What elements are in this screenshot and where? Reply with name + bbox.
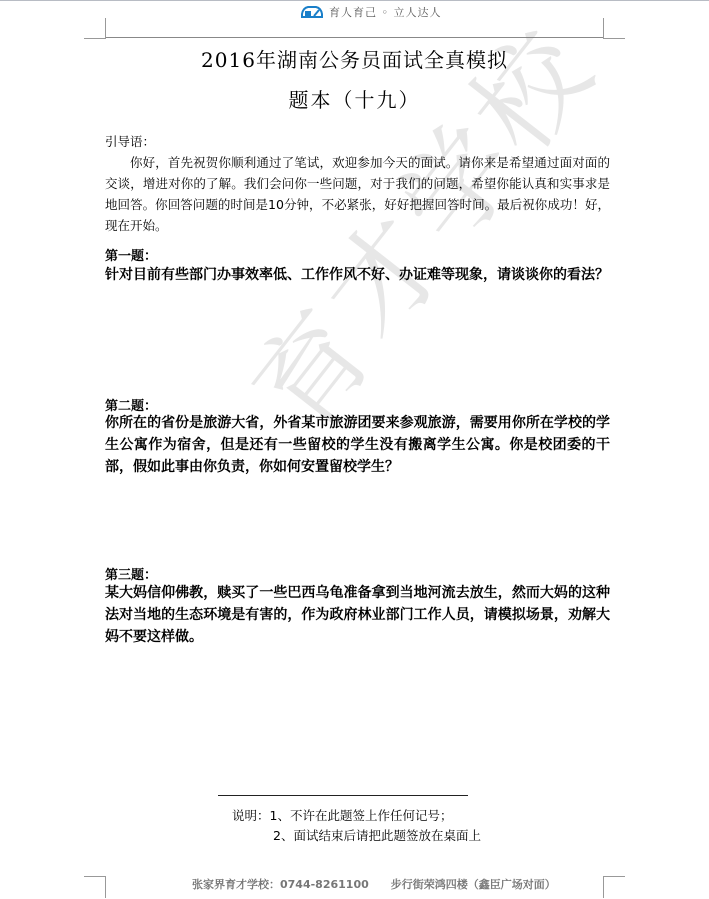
footer-school-phone: 张家界育才学校：0744-8261100 [192,878,369,891]
intro-text: 你好，首先祝贺你顺利通过了笔试，欢迎参加今天的面试。请你来是希望通过面对面的交谈… [105,152,610,236]
crop-mark-bottom-right [603,876,625,898]
header-branding: 育人育己 ◦ 立人达人 [300,4,441,20]
document-title: 2016年湖南公务员面试全真模拟 [0,44,709,73]
header-motto: 育人育己 ◦ 立人达人 [329,4,441,20]
header-rule [105,37,604,38]
note-line-1: 说明：1、不许在此题签上作任何记号； [232,806,452,824]
crop-mark-top-right [603,18,625,39]
crop-mark-bottom-left [84,876,106,898]
footer-address: 步行街荣鸿四楼（鑫臣广场对面） [391,878,556,891]
question-3-text: 某大妈信仰佛教，赎买了一些巴西乌龟准备拿到当地河流去放生，然而大妈的这种法对当地… [105,582,610,648]
car-logo-icon [300,5,324,19]
question-1-text: 针对目前有些部门办事效率低、工作作风不好、办证难等现象，请谈谈你的看法？ [105,264,610,286]
page-footer: 张家界育才学校：0744-8261100步行街荣鸿四楼（鑫臣广场对面） [192,876,556,892]
document-subtitle: 题本（十九） [0,84,709,113]
crop-mark-top-left [84,18,106,39]
question-2-text: 你所在的省份是旅游大省，外省某市旅游团要来参观旅游，需要用你所在学校的学生公寓作… [105,412,610,478]
note-line-2: 2、面试结束后请把此题签放在桌面上 [273,826,481,844]
intro-label: 引导语： [105,131,610,152]
top-border [0,0,709,1]
separator-line [218,795,468,796]
